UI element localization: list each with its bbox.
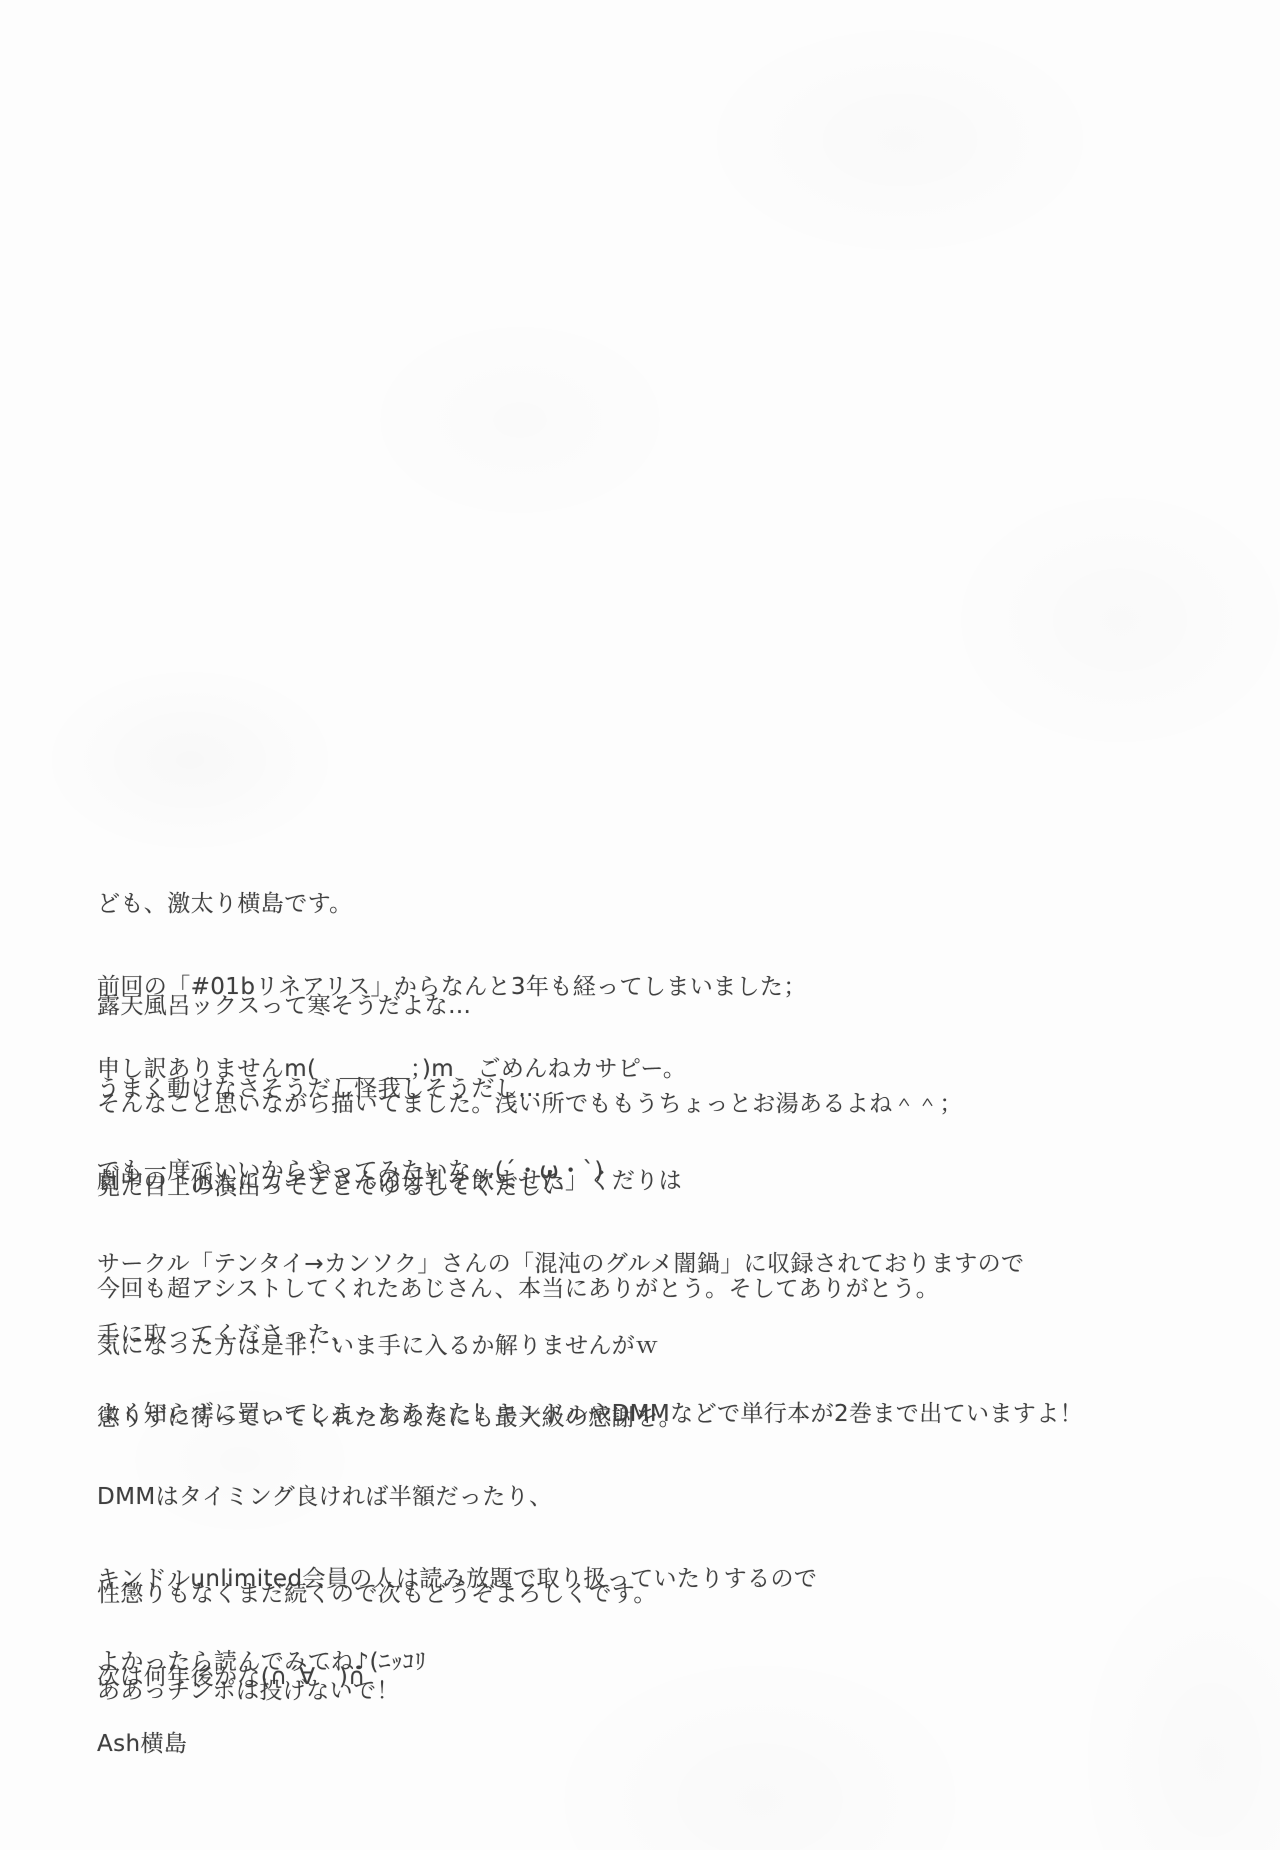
afterword-line: ども、激太り横島です。 <box>97 891 1237 919</box>
afterword-line: よく知らずに買ってしまったあなた！キンドルやDMMなどで単行本が2巻まで出ていま… <box>97 1401 1237 1429</box>
signature-line: Ash横島 <box>97 1731 1237 1759</box>
author-signature: Ash横島 <box>97 1676 1237 1814</box>
scanned-afterword-page: ども、激太り横島です。 前回の「#01bリネアリス」からなんと3年も経ってしまい… <box>0 0 1280 1850</box>
afterword-line: DMMはタイミング良ければ半額だったり、 <box>97 1484 1237 1512</box>
afterword-line: 露天風呂ックスって寒そうだよな… <box>97 993 1237 1021</box>
afterword-line: 性懲りもなくまだ続くので次もどうぞよろしくです。 <box>97 1581 1237 1609</box>
afterword-line: 劇中の「他人にカエデさんの母乳を飲ませた」くだりは <box>97 1168 1237 1196</box>
